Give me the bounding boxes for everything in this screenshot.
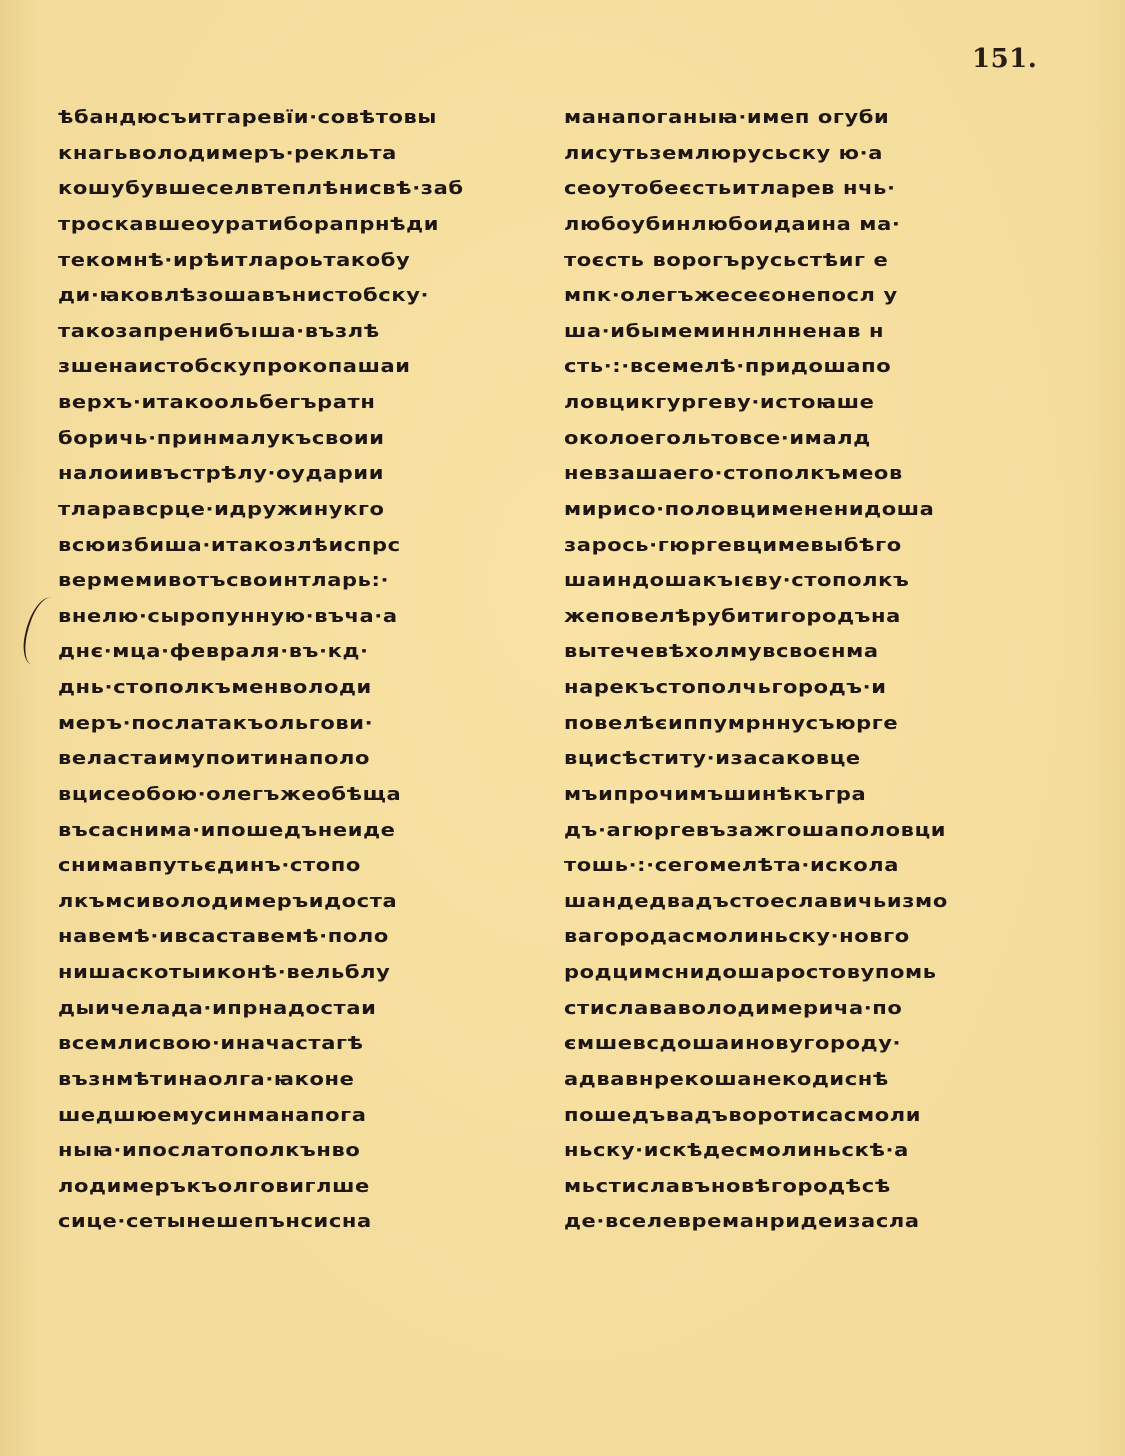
manuscript-line: всюизбиша·итакозлѣиспрс	[58, 530, 528, 560]
manuscript-line: пошедъвадъворотисасмоли	[564, 1100, 1034, 1130]
manuscript-line: тошь·:·сегомелѣта·искола	[564, 851, 1034, 881]
manuscript-line: вермемивотъсвоинтларь:·	[58, 566, 528, 596]
manuscript-line: ловцикгургеву·истоꙗше	[564, 388, 1034, 418]
manuscript-line: меръ·послатакъольгови·	[58, 708, 528, 738]
right-text-column: манапоганыꙗ·имеп огубилисутьземлюрусьску…	[564, 100, 1034, 1240]
manuscript-line: нарекъстополчьгородъ·и	[564, 673, 1034, 703]
manuscript-line: ємшевсдошаиновугороду·	[564, 1029, 1034, 1059]
page-number: 151.	[972, 44, 1037, 74]
manuscript-line: троскавшеоуратиборапрнѣди	[58, 210, 528, 240]
manuscript-line: сть·:·всемелѣ·придошапо	[564, 352, 1034, 382]
manuscript-line: повелѣєиппумрннусъюрге	[564, 708, 1034, 738]
manuscript-line: тоєсть ворогърусьстѣиг е	[564, 245, 1034, 275]
manuscript-line: нишаскотыиконѣ·вельблу	[58, 958, 528, 988]
manuscript-line: мирисо·половцимененидоша	[564, 495, 1034, 525]
manuscript-line: дыичелада·ипрнадостаи	[58, 993, 528, 1023]
manuscript-line: сеоутобеєстьитларев нчь·	[564, 174, 1034, 204]
left-text-column: ѣбандюсъитгаревїи·совѣтовыкнагьволодимер…	[58, 100, 528, 1240]
manuscript-line: текомнѣ·ирѣитлароьтакобу	[58, 245, 528, 275]
manuscript-line: невзашаего·стополкъмеов	[564, 459, 1034, 489]
manuscript-line: шаиндошакъıєву·стополкъ	[564, 566, 1034, 596]
manuscript-line: веластаимупоитинаполо	[58, 744, 528, 774]
manuscript-line: де·вселевреманридеизасла	[564, 1207, 1034, 1237]
manuscript-line: боричь·принмалукъсвоии	[58, 423, 528, 453]
manuscript-line: любоубинлюбоидаина ма·	[564, 210, 1034, 240]
manuscript-line: днь·стополкъменволоди	[58, 673, 528, 703]
manuscript-line: ди·ꙗковлѣзошавънистобску·	[58, 281, 528, 311]
manuscript-line: ныꙗ·ипослатополкънво	[58, 1136, 528, 1166]
manuscript-line: адвавнрекошанекодиснѣ	[564, 1065, 1034, 1095]
manuscript-line: мпк·олегъжесеєонепосл у	[564, 281, 1034, 311]
manuscript-line: зшенаистобскупрокопашаи	[58, 352, 528, 382]
manuscript-line: внелю·сыропунную·въча·а	[58, 601, 528, 631]
manuscript-line: зарось·гюргевцимевыбѣго	[564, 530, 1034, 560]
manuscript-line: въсаснима·ипошедънеиде	[58, 815, 528, 845]
manuscript-line: дъ·агюргевъзажгошаполовци	[564, 815, 1034, 845]
manuscript-line: снимавпутьєдинъ·стопо	[58, 851, 528, 881]
manuscript-line: родцимснидошаростовупомь	[564, 958, 1034, 988]
manuscript-line: навемѣ·ивсаставемѣ·поло	[58, 922, 528, 952]
manuscript-line: вагородасмолиньску·новго	[564, 922, 1034, 952]
manuscript-line: околоегольтовсе·ималд	[564, 423, 1034, 453]
manuscript-line: ша·ибымеминнлнненав н	[564, 316, 1034, 346]
manuscript-line: мъипрочимъшинѣкъгра	[564, 780, 1034, 810]
manuscript-line: шедшюемусинманапога	[58, 1100, 528, 1130]
manuscript-line: ѣбандюсъитгаревїи·совѣтовы	[58, 103, 528, 133]
manuscript-line: шандедвадъстоеславичьизмо	[564, 886, 1034, 916]
manuscript-line: такозапренибъıша·възлѣ	[58, 316, 528, 346]
manuscript-line: кнагьволодимеръ·рекльта	[58, 138, 528, 168]
manuscript-line: вытечевѣхолмувсвоєнма	[564, 637, 1034, 667]
manuscript-line: ньску·искѣдесмолиньскѣ·а	[564, 1136, 1034, 1166]
manuscript-line: жеповелѣрубитигородъна	[564, 601, 1034, 631]
manuscript-line: вцисеобою·олегъжеобѣща	[58, 780, 528, 810]
manuscript-line: възнмѣтинаолга·ꙗконе	[58, 1065, 528, 1095]
manuscript-line: кошубувшеселвтеплѣнисвѣ·заб	[58, 174, 528, 204]
manuscript-line: днє·мца·февраля·въ·кд·	[58, 637, 528, 667]
manuscript-line: всемлисвою·иначастагѣ	[58, 1029, 528, 1059]
manuscript-line: тларавсрце·идружинукго	[58, 495, 528, 525]
manuscript-line: налоиивъстрѣлу·оударии	[58, 459, 528, 489]
manuscript-line: лкъмсиволодимеръидоста	[58, 886, 528, 916]
manuscript-line: лисутьземлюрусьску ю·а	[564, 138, 1034, 168]
manuscript-line: мьстиславъновѣгородѣсѣ	[564, 1171, 1034, 1201]
manuscript-line: сице·сетынешепънсисна	[58, 1207, 528, 1237]
manuscript-line: манапоганыꙗ·имеп огуби	[564, 103, 1034, 133]
manuscript-line: вцисѣститу·изасаковце	[564, 744, 1034, 774]
manuscript-line: стислававолодимерича·по	[564, 993, 1034, 1023]
manuscript-line: лодимеръкъолговиглше	[58, 1171, 528, 1201]
manuscript-line: верхъ·итакоольбегъратн	[58, 388, 528, 418]
